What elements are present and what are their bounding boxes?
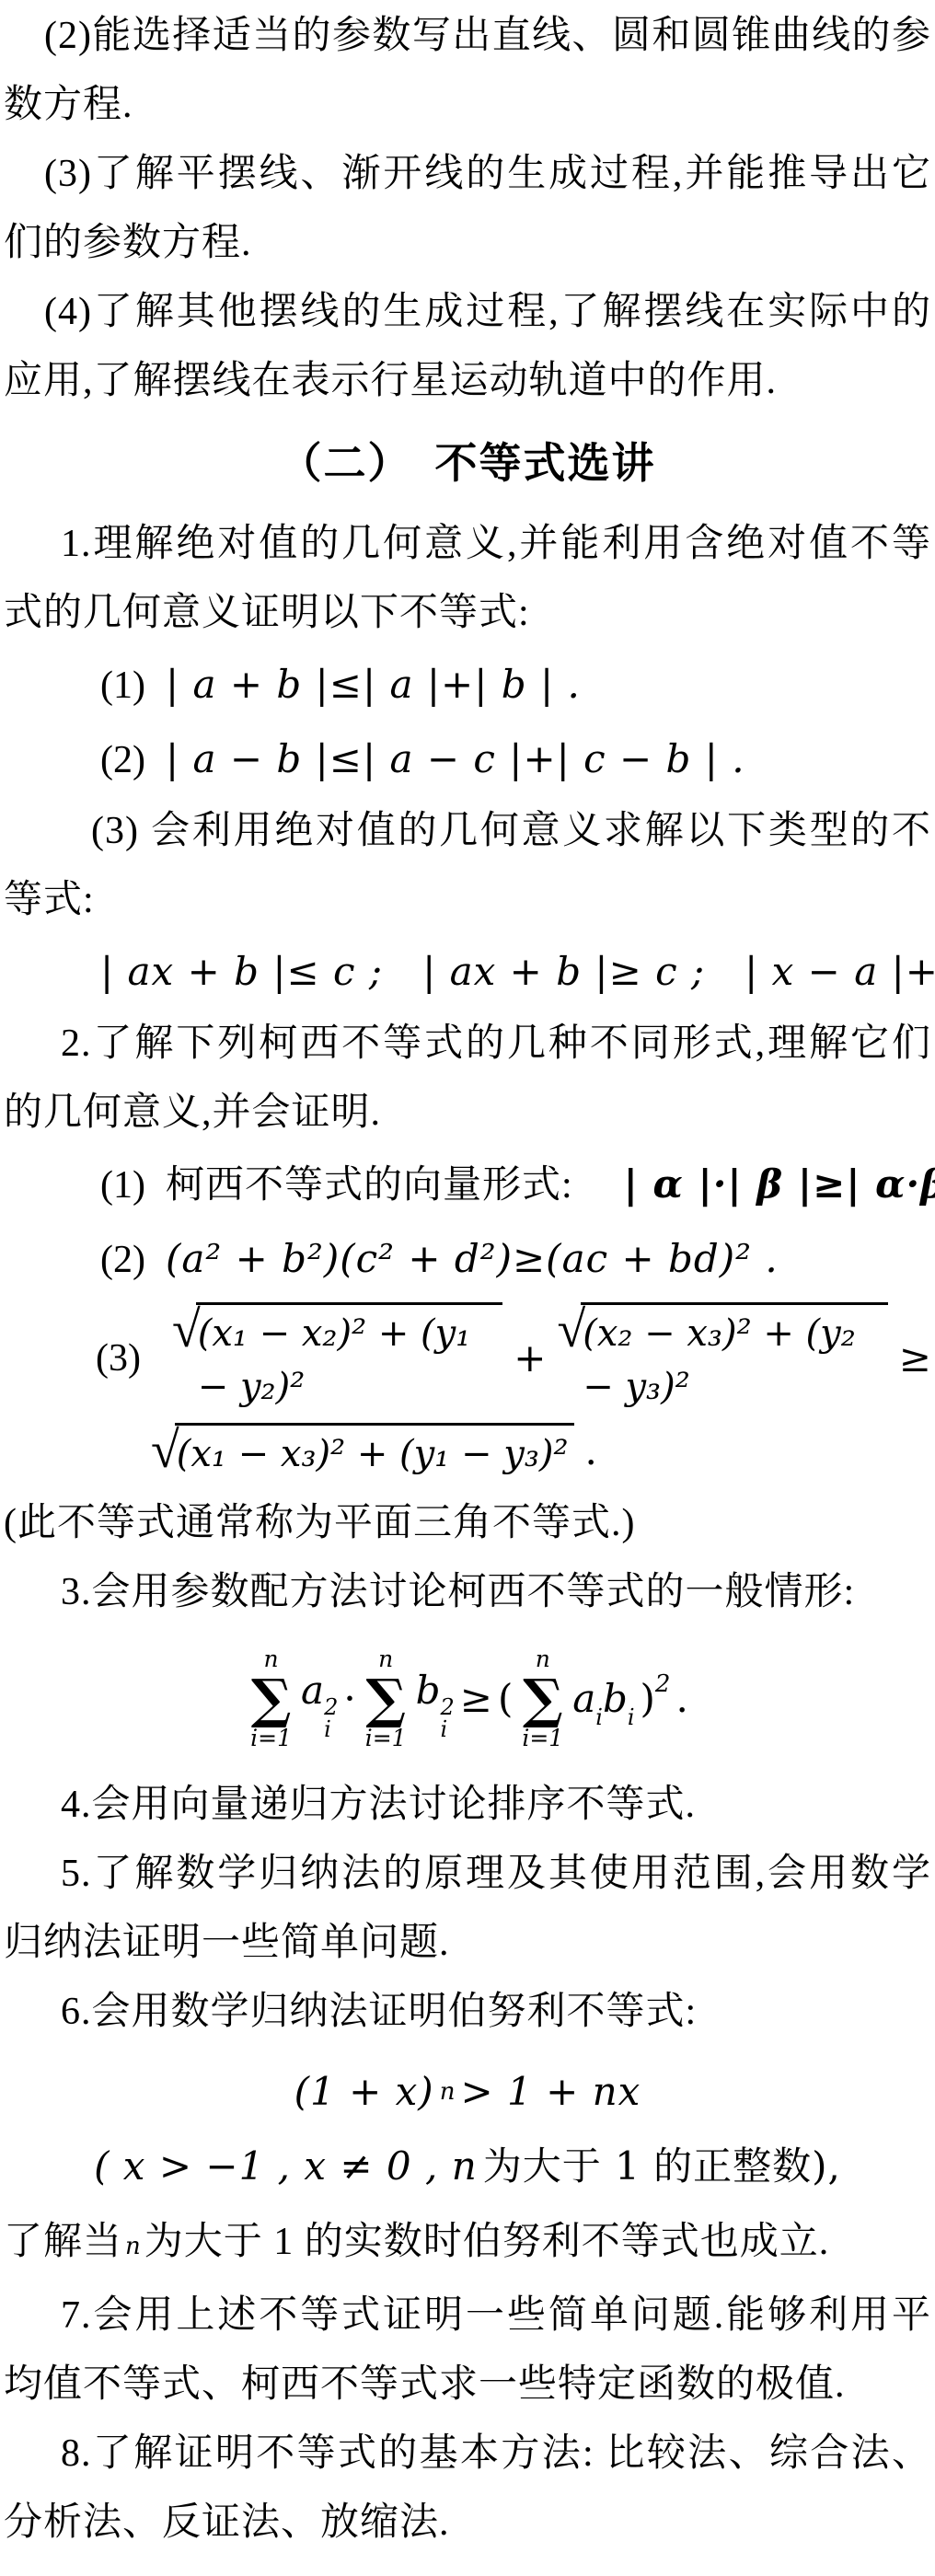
radicand-3: (x₁ − x₃)² + (y₁ − y₃)² — [175, 1423, 574, 1481]
sum-lower-limit: i=1 — [250, 1726, 292, 1751]
sigma-symbol: ∑ — [365, 1672, 406, 1726]
term-b-squared: b2i — [416, 1658, 455, 1740]
item-6-intro: 6.会用数学归纳法证明伯努利不等式: — [4, 1978, 931, 2047]
geq-operator: ≥ — [460, 1667, 492, 1731]
item-3-intro: 3.会用参数配方法讨论柯西不等式的一般情形: — [4, 1558, 931, 1627]
formula-bernoulli: (1 + x)n > 1 + nx — [4, 2060, 931, 2124]
paragraph-parametric-item-2: (2)能选择适当的参数写出直线、圆和圆锥曲线的参数方程. — [4, 2, 931, 140]
item-4-text: 4.会用向量递归方法讨论排序不等式. — [4, 1771, 931, 1840]
sum-lower-limit: i=1 — [522, 1726, 563, 1751]
formula-plane-triangle-line-2: √(x₁ − x₃)² + (y₁ − y₃)² . — [4, 1419, 931, 1484]
variable-n: n — [122, 2233, 144, 2260]
formula-plane-triangle-line-1: (3) √(x₁ − x₂)² + (y₁ − y₂)² + √(x₂ − x₃… — [4, 1302, 931, 1414]
formula-abs-types-math: | ax + b |≤ c ; | ax + b |≥ c ; | x − a … — [100, 949, 935, 994]
item-1-intro: 1.理解绝对值的几何意义,并能利用含绝对值不等式的几何意义证明以下不等式: — [4, 510, 931, 648]
formula-cauchy-2d: (2)(a² + b²)(c² + d²)≥(ac + bd)² . — [4, 1222, 931, 1297]
index: i — [628, 1704, 635, 1730]
index: i — [324, 1718, 338, 1740]
open-paren: ( — [498, 1667, 513, 1731]
paragraph-parametric-item-3: (3)了解平摆线、渐开线的生成过程,并能推导出它们的参数方程. — [4, 140, 931, 278]
formula-label: (1) — [100, 1164, 145, 1207]
exponent: 2 — [440, 1696, 454, 1718]
paragraph-parametric-item-4: (4)了解其他摆线的生成过程,了解摆线在实际中的应用,了解摆线在表示行星运动轨道… — [4, 278, 931, 416]
item-2-intro: 2.了解下列柯西不等式的几种不同形式,理解它们的几何意义,并会证明. — [4, 1010, 931, 1148]
exponent: 2 — [655, 1670, 671, 1698]
variable-b: b — [603, 1676, 628, 1721]
square-root-term-2: √(x₂ − x₃)² + (y₂ − y₃)² — [557, 1302, 887, 1414]
cauchy-vector-caption: 柯西不等式的向量形式: — [166, 1164, 573, 1207]
formula-cauchy-general: n ∑ i=1 a2i · n ∑ i=1 b2i ≥ ( n ∑ i=1 ai… — [4, 1635, 931, 1763]
formula-abs-2-math: | a − b |≤| a − c |+| c − b | . — [166, 736, 745, 781]
close-paren: ) — [641, 1676, 655, 1721]
item-7-text: 7.会用上述不等式证明一些简单问题.能够利用平均值不等式、柯西不等式求一些特定函… — [4, 2281, 931, 2420]
bernoulli-condition-text: 为大于 1 的正整数), — [483, 2131, 841, 2201]
note-suffix: 为大于 1 的实数时伯努利不等式也成立. — [144, 2221, 830, 2263]
sum-lower-limit: i=1 — [365, 1726, 407, 1751]
square-root-term-1: √(x₁ − x₂)² + (y₁ − y₂)² — [172, 1302, 502, 1414]
formula-label: (3) — [96, 1326, 141, 1391]
geq-operator: ≥ — [899, 1326, 931, 1391]
formula-abs-1-math: | a + b |≤| a |+| b | . — [166, 662, 581, 707]
summation-b: n ∑ i=1 — [365, 1646, 407, 1751]
item-6-note: 了解当n为大于 1 的实数时伯努利不等式也成立. — [4, 2208, 931, 2281]
sup-sub-stack: 2i — [440, 1696, 454, 1740]
plane-triangle-note: (此不等式通常称为平面三角不等式.) — [4, 1489, 931, 1558]
formula-abs-inequality-types: | ax + b |≤ c ; | ax + b |≥ c ; | x − a … — [4, 935, 931, 1010]
sigma-symbol: ∑ — [251, 1672, 292, 1726]
formula-cauchy-vector: (1)柯西不等式的向量形式:| α |·| β |≥| α·β | . — [4, 1148, 931, 1222]
item-8-text: 8.了解证明不等式的基本方法: 比较法、综合法、分析法、反证法、放缩法. — [4, 2420, 931, 2558]
sup-sub-stack: 2i — [324, 1696, 338, 1740]
formula-label: (2) — [100, 1239, 145, 1281]
bernoulli-base: (1 + x) — [294, 2060, 434, 2124]
variable-b: b — [416, 1668, 441, 1713]
formula-abs-triangle-1: (1)| a + b |≤| a |+| b | . — [4, 648, 931, 722]
radicand-1: (x₁ − x₂)² + (y₁ − y₂)² — [196, 1302, 503, 1414]
formula-bernoulli-condition: ( x > −1 , x ≠ 0 , n 为大于 1 的正整数), — [4, 2131, 931, 2201]
sigma-symbol: ∑ — [523, 1672, 563, 1726]
formula-label: (2) — [100, 739, 145, 781]
bernoulli-rhs: > 1 + nx — [460, 2060, 641, 2124]
plus-operator: + — [514, 1326, 546, 1391]
period: . — [585, 1419, 597, 1484]
index: i — [440, 1718, 454, 1740]
section-heading-inequalities: （二） 不等式选讲 — [4, 427, 931, 501]
document-page: (2)能选择适当的参数写出直线、圆和圆锥曲线的参数方程. (3)了解平摆线、渐开… — [0, 0, 935, 2576]
summation-a: n ∑ i=1 — [250, 1646, 292, 1751]
cdot-operator: · — [343, 1667, 355, 1731]
exponent: 2 — [324, 1696, 338, 1718]
close-paren-squared: )2 — [641, 1667, 671, 1731]
index: i — [595, 1704, 603, 1730]
term-ab-product: aibi — [572, 1667, 634, 1731]
bernoulli-condition-math: ( x > −1 , x ≠ 0 , n — [94, 2131, 478, 2201]
summation-ab: n ∑ i=1 — [522, 1646, 563, 1751]
square-root-term-3: √(x₁ − x₃)² + (y₁ − y₃)² — [151, 1423, 574, 1481]
formula-abs-triangle-2: (2)| a − b |≤| a − c |+| c − b | . — [4, 722, 931, 797]
radicand-2: (x₂ − x₃)² + (y₂ − y₃)² — [581, 1302, 888, 1414]
variable-a: a — [572, 1676, 595, 1721]
variable-a: a — [301, 1668, 324, 1713]
item-1-3-text: (3) 会利用绝对值的几何意义求解以下类型的不等式: — [4, 797, 931, 935]
cauchy-vector-math: | α |·| β |≥| α·β | . — [624, 1161, 935, 1207]
period: . — [675, 1667, 687, 1731]
formula-label: (1) — [100, 664, 145, 707]
cauchy-2d-math: (a² + b²)(c² + d²)≥(ac + bd)² . — [166, 1236, 779, 1281]
note-prefix: 了解当 — [4, 2221, 122, 2263]
term-a-squared: a2i — [301, 1658, 338, 1740]
item-5-text: 5.了解数学归纳法的原理及其使用范围,会用数学归纳法证明一些简单问题. — [4, 1840, 931, 1978]
